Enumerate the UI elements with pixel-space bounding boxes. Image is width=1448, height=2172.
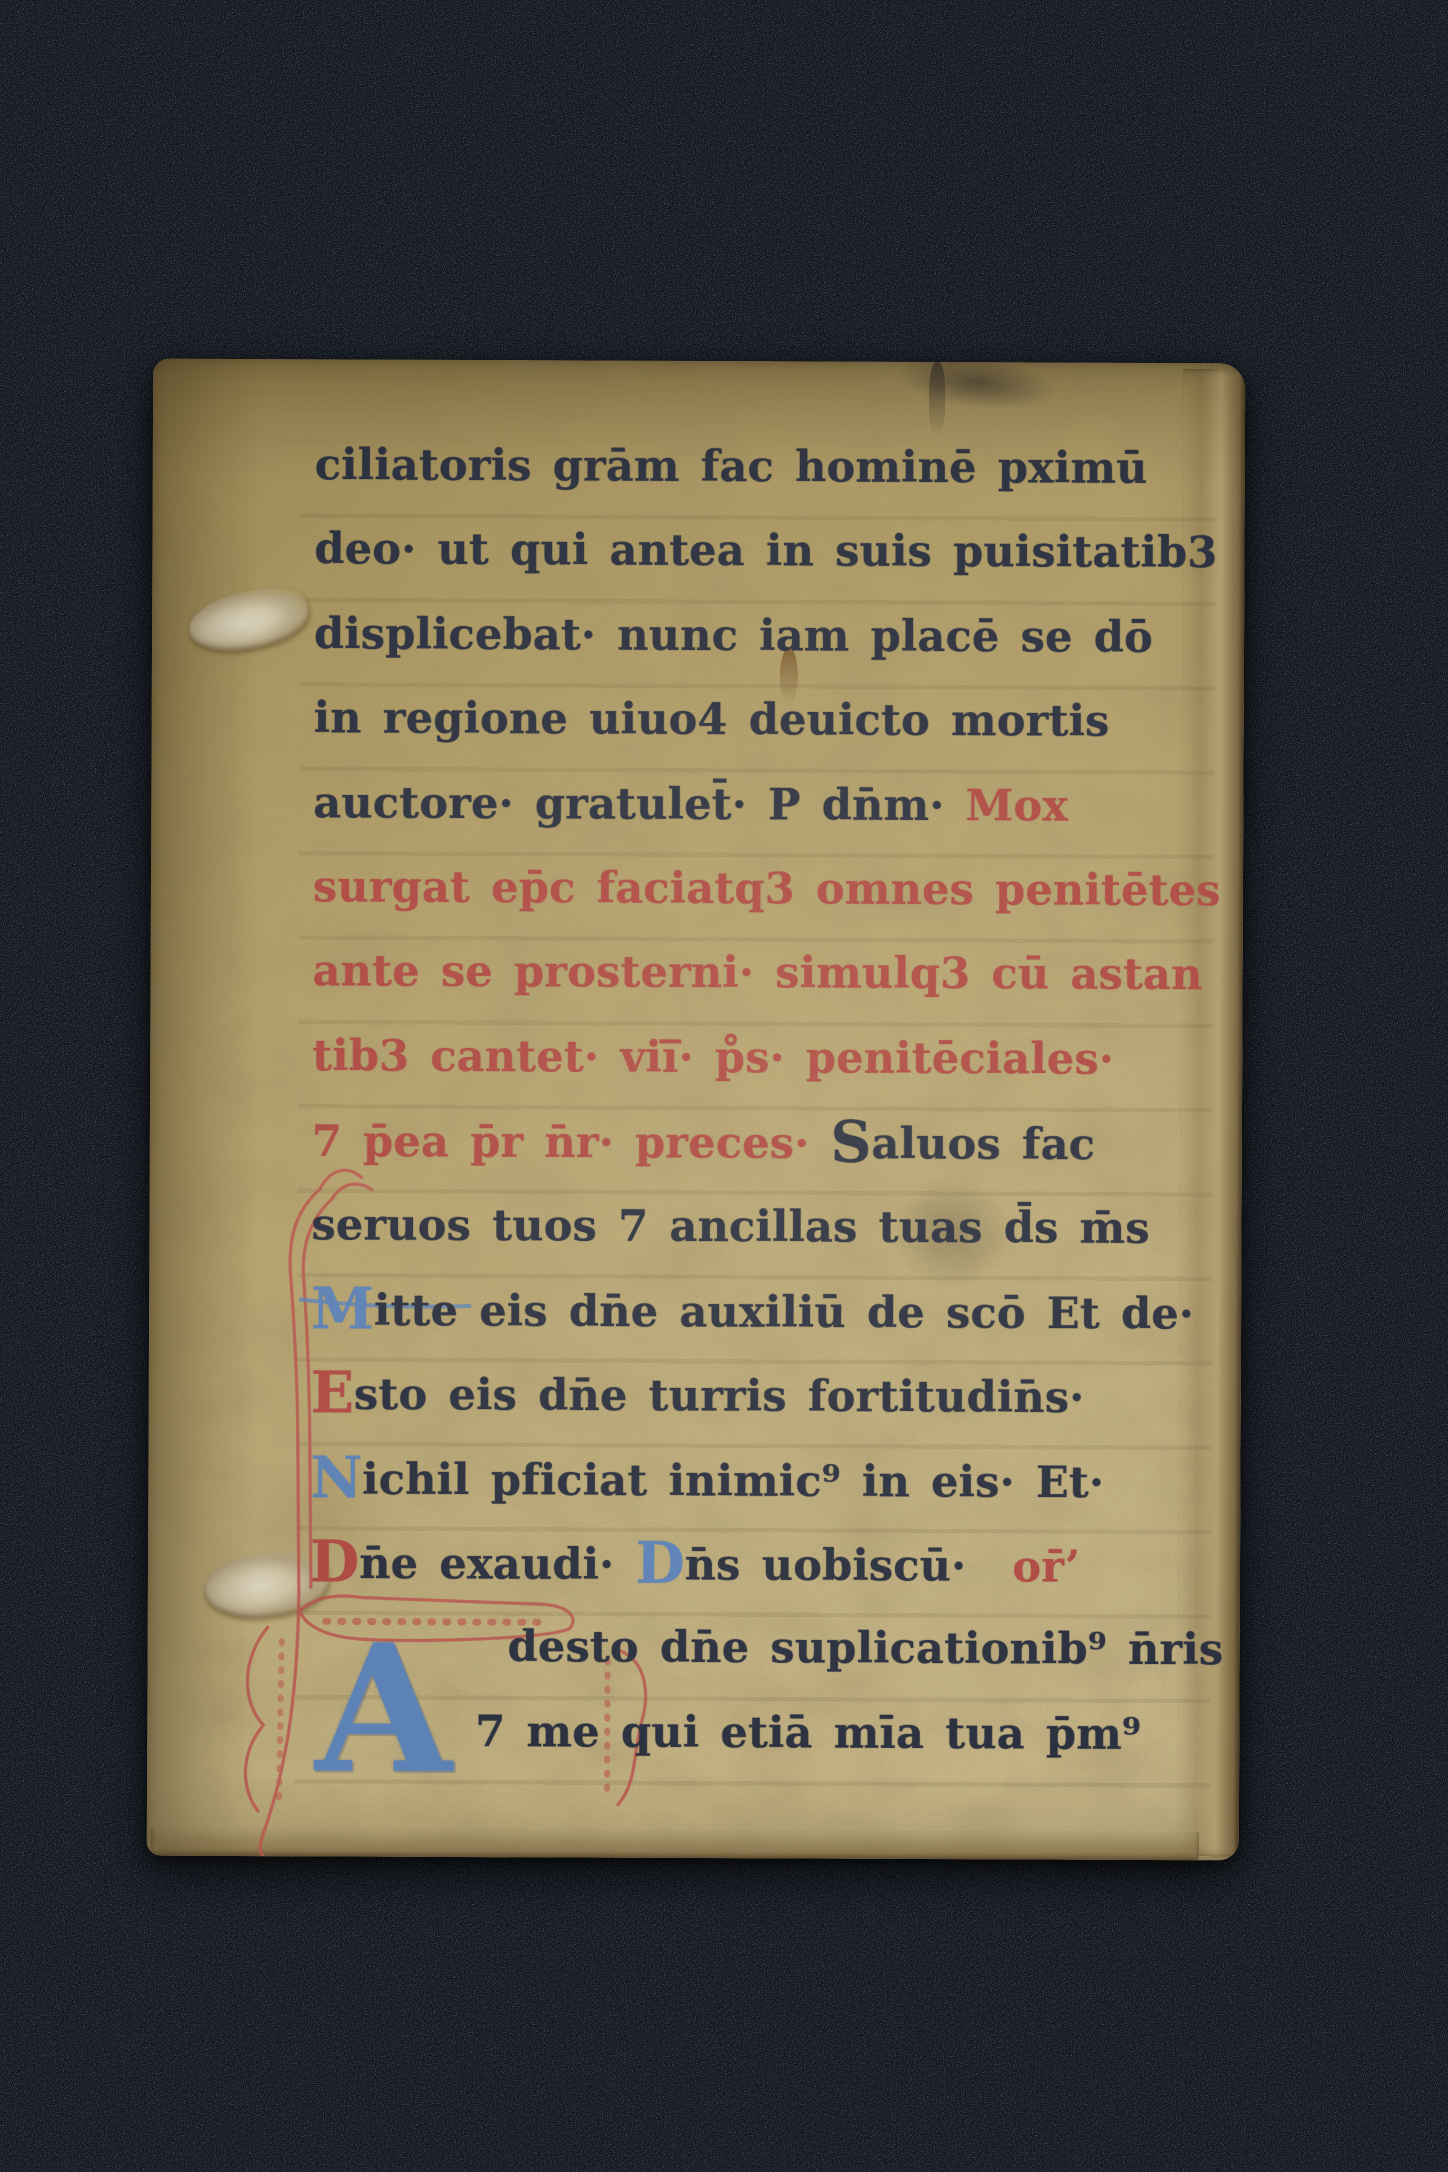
illuminated-initial: E: [311, 1361, 355, 1427]
text-segment: auctore· gratulet̄· P dn̄m·: [313, 778, 965, 831]
text-line: desto dn̄e suplicationib⁹ n̄ris: [309, 1605, 1223, 1693]
text-line: 7 p̄ea p̄r n̄r· preces· Saluos fac: [312, 1098, 1226, 1186]
text-line: displicebat· nunc iam placē se dō: [314, 592, 1228, 680]
text-line: tib3 cantet· vii̅· p̊s· penitēciales·: [312, 1014, 1226, 1102]
illuminated-initial: D: [635, 1531, 685, 1597]
text-segment: 7 me qui etiā mīa tua p̄m⁹: [475, 1707, 1141, 1760]
text-block: ciliatoris grām fac hominē pximūdeo· ut …: [309, 423, 1229, 1777]
text-line: surgat ep̄c faciatq3 omnes penitētes: [313, 845, 1227, 933]
text-line: in regione uiuo4 deuicto mortis: [314, 677, 1228, 765]
text-line: Nichil pficiat inimic⁹ in eis· Et·: [310, 1436, 1224, 1524]
text-line: deo· ut qui antea in suis puisitatib3: [314, 508, 1228, 596]
illuminated-initial: S: [830, 1110, 871, 1176]
text-segment: n̄s uobiscū·: [685, 1541, 967, 1592]
text-segment: tib3 cantet· vii̅· p̊s· penitēciales·: [312, 1031, 1114, 1084]
text-line: Dn̄e exaudi· Dn̄s uobiscū·or̄ʼ: [310, 1520, 1224, 1608]
text-segment: displicebat· nunc iam placē se dō: [314, 609, 1153, 663]
text-segment: or̄ʼ: [1012, 1542, 1079, 1592]
illuminated-initial: D: [310, 1529, 360, 1595]
text-segment: n̄e exaudi·: [359, 1539, 635, 1590]
text-line: Mitte eis dn̄e auxiliū de scō Et de·: [311, 1267, 1225, 1355]
manuscript-page: A ciliatoris grām fac hominē pximūdeo· u…: [147, 359, 1246, 1861]
text-segment: aluos fac: [871, 1120, 1095, 1171]
text-line: auctore· gratulet̄· P dn̄m· Mox: [313, 761, 1227, 849]
text-segment: in regione uiuo4 deuicto mortis: [314, 694, 1110, 747]
text-segment: 7 p̄ea p̄r n̄r· preces·: [312, 1117, 831, 1169]
text-segment: sto eis dn̄e turris fortitudin̄s·: [354, 1370, 1085, 1423]
text-line: Esto eis dn̄e turris fortitudin̄s·: [311, 1352, 1225, 1440]
text-segment: Mox: [966, 781, 1069, 831]
text-segment: ante se prosterni· simulq3 cū astan: [312, 947, 1202, 1001]
leaf-fore-edge-bottom: [151, 1828, 1199, 1861]
text-segment: surgat ep̄c faciatq3 omnes penitētes: [313, 862, 1221, 916]
text-line: ante se prosterni· simulq3 cū astan: [312, 930, 1226, 1018]
text-segment: desto dn̄e suplicationib⁹ n̄ris: [508, 1623, 1224, 1676]
text-line: 7 me qui etiā mīa tua p̄m⁹: [309, 1689, 1223, 1777]
text-segment: ichil pficiat inimic⁹ in eis· Et·: [362, 1455, 1104, 1508]
ink-drip-stain: [929, 362, 945, 436]
photograph: { "photo": { "subject": "Medieval Latin …: [0, 0, 1448, 2172]
text-segment: deo· ut qui antea in suis puisitatib3: [314, 525, 1217, 579]
text-segment: itte eis dn̄e auxiliū de scō Et de·: [374, 1286, 1194, 1340]
illuminated-initial: N: [310, 1445, 362, 1511]
text-segment: ciliatoris grām fac hominē pximū: [315, 440, 1148, 494]
text-segment: seruos tuos 7 ancillas tuas d̄s m̄s: [311, 1200, 1150, 1254]
ink-smear-stain: [895, 359, 1060, 417]
text-line: seruos tuos 7 ancillas tuas d̄s m̄s: [311, 1183, 1225, 1271]
vellum-scar-upper: [184, 579, 315, 661]
text-line: ciliatoris grām fac hominē pximū: [315, 423, 1229, 511]
illuminated-initial: M: [311, 1276, 374, 1342]
